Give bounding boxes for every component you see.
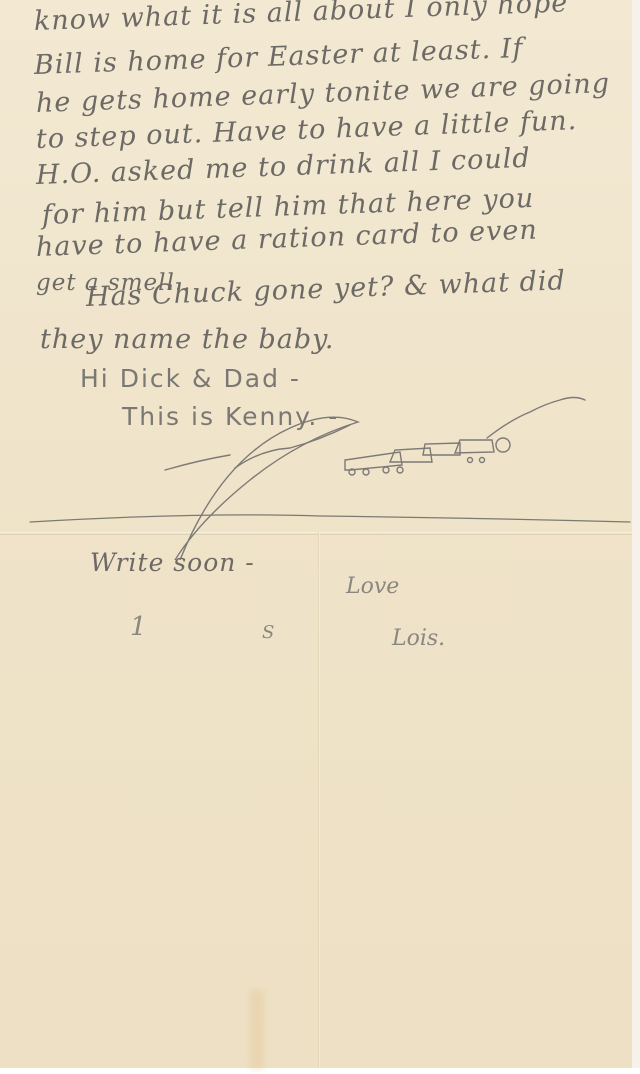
vertical-fold-line (318, 532, 320, 1068)
pencil-mark: 1 (130, 612, 147, 642)
closing-love: Love (346, 574, 399, 599)
closing-write-soon: Write soon - (90, 548, 255, 577)
train-drawing-icon (0, 0, 640, 560)
signature: Lois. (392, 626, 445, 651)
paper-stain (250, 990, 264, 1070)
pencil-mark: S (262, 622, 274, 643)
